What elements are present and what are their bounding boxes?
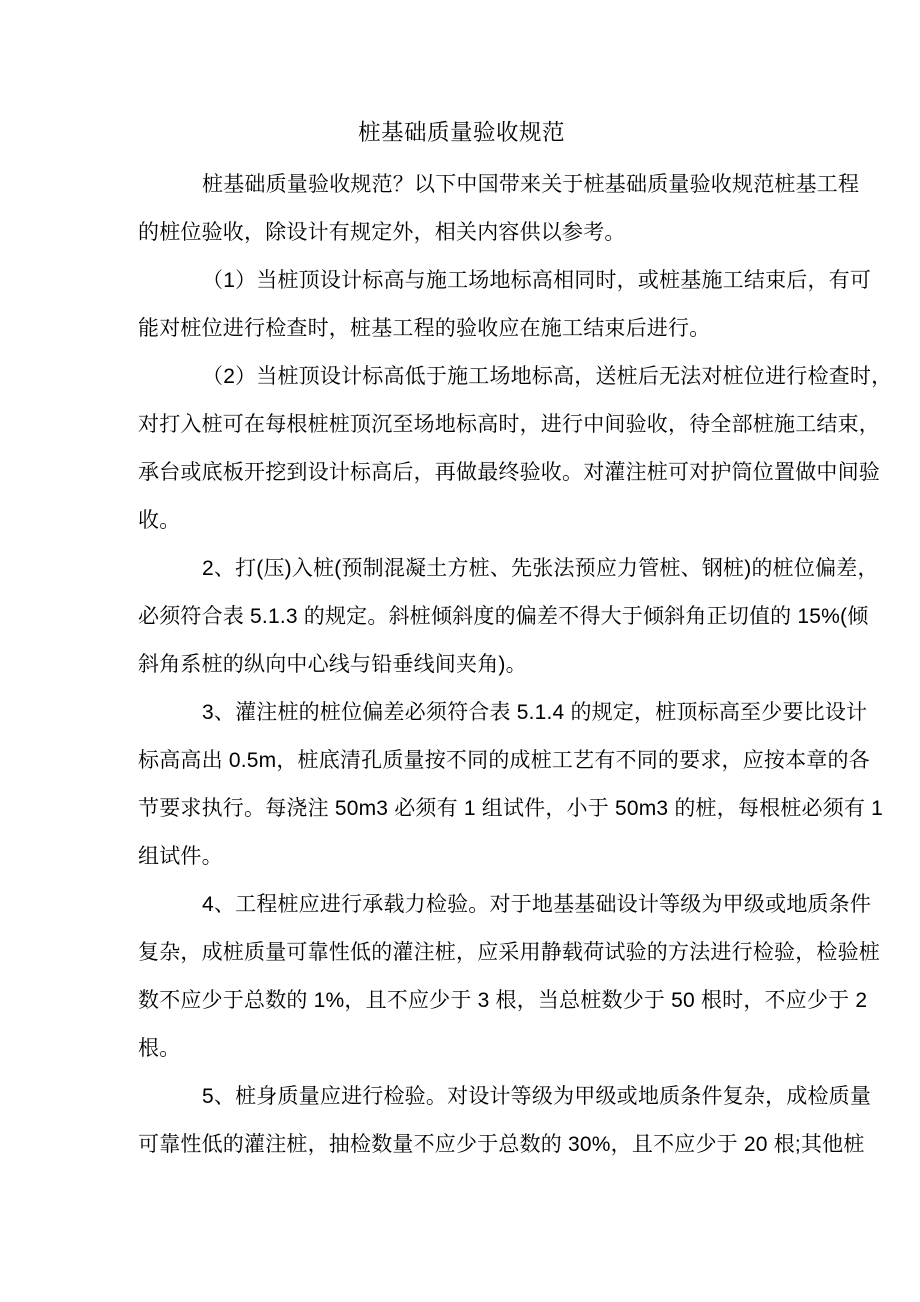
text-line: 3、灌注桩的桩位偏差必须符合表 5.1.4 的规定，桩顶标高至少要比设计 <box>138 689 785 737</box>
text-line: 收。 <box>138 497 785 545</box>
text-line: （1）当桩顶设计标高与施工场地标高相同时，或桩基施工结束后，有可 <box>138 257 785 305</box>
text-line: 组试件。 <box>138 833 785 881</box>
text-line: 必须符合表 5.1.3 的规定。斜桩倾斜度的偏差不得大于倾斜角正切值的 15%(… <box>138 593 785 641</box>
text-line: （2）当桩顶设计标高低于施工场地标高，送桩后无法对桩位进行检查时， <box>138 353 785 401</box>
text-line: 能对桩位进行检查时，桩基工程的验收应在施工结束后进行。 <box>138 305 785 353</box>
paragraph-item-2: （2）当桩顶设计标高低于施工场地标高，送桩后无法对桩位进行检查时， 对打入桩可在… <box>138 353 785 545</box>
text-line: 的桩位验收，除设计有规定外，相关内容供以参考。 <box>138 209 785 257</box>
text-line: 节要求执行。每浇注 50m3 必须有 1 组试件，小于 50m3 的桩，每根桩必… <box>138 785 785 833</box>
text-line: 标高高出 0.5m，桩底清孔质量按不同的成桩工艺有不同的要求，应按本章的各 <box>138 737 785 785</box>
text-line: 对打入桩可在每根桩桩顶沉至场地标高时，进行中间验收，待全部桩施工结束， <box>138 401 785 449</box>
paragraph-item-1: （1）当桩顶设计标高与施工场地标高相同时，或桩基施工结束后，有可 能对桩位进行检… <box>138 257 785 353</box>
paragraph-item-6: 5、桩身质量应进行检验。对设计等级为甲级或地质条件复杂，成检质量 可靠性低的灌注… <box>138 1073 785 1169</box>
text-line: 2、打(压)入桩(预制混凝土方桩、先张法预应力管桩、钢桩)的桩位偏差， <box>138 545 785 593</box>
text-line: 4、工程桩应进行承载力检验。对于地基基础设计等级为甲级或地质条件 <box>138 881 785 929</box>
text-line: 5、桩身质量应进行检验。对设计等级为甲级或地质条件复杂，成检质量 <box>138 1073 785 1121</box>
text-line: 可靠性低的灌注桩，抽检数量不应少于总数的 30%，且不应少于 20 根;其他桩 <box>138 1121 785 1169</box>
paragraph-item-4: 3、灌注桩的桩位偏差必须符合表 5.1.4 的规定，桩顶标高至少要比设计 标高高… <box>138 689 785 881</box>
text-line: 根。 <box>138 1025 785 1073</box>
text-line: 数不应少于总数的 1%，且不应少于 3 根，当总桩数少于 50 根时，不应少于 … <box>138 977 785 1025</box>
text-line: 复杂，成桩质量可靠性低的灌注桩，应采用静载荷试验的方法进行检验，检验桩 <box>138 929 785 977</box>
paragraph-item-3: 2、打(压)入桩(预制混凝土方桩、先张法预应力管桩、钢桩)的桩位偏差， 必须符合… <box>138 545 785 689</box>
text-line: 承台或底板开挖到设计标高后，再做最终验收。对灌注桩可对护筒位置做中间验 <box>138 449 785 497</box>
paragraph-intro: 桩基础质量验收规范？以下中国带来关于桩基础质量验收规范桩基工程 的桩位验收，除设… <box>138 161 785 257</box>
text-line: 桩基础质量验收规范？以下中国带来关于桩基础质量验收规范桩基工程 <box>138 161 785 209</box>
paragraph-item-5: 4、工程桩应进行承载力检验。对于地基基础设计等级为甲级或地质条件 复杂，成桩质量… <box>138 881 785 1073</box>
document-page: 桩基础质量验收规范 桩基础质量验收规范？以下中国带来关于桩基础质量验收规范桩基工… <box>0 0 920 1302</box>
text-line: 斜角系桩的纵向中心线与铅垂线间夹角)。 <box>138 641 785 689</box>
document-title: 桩基础质量验收规范 <box>138 109 785 157</box>
